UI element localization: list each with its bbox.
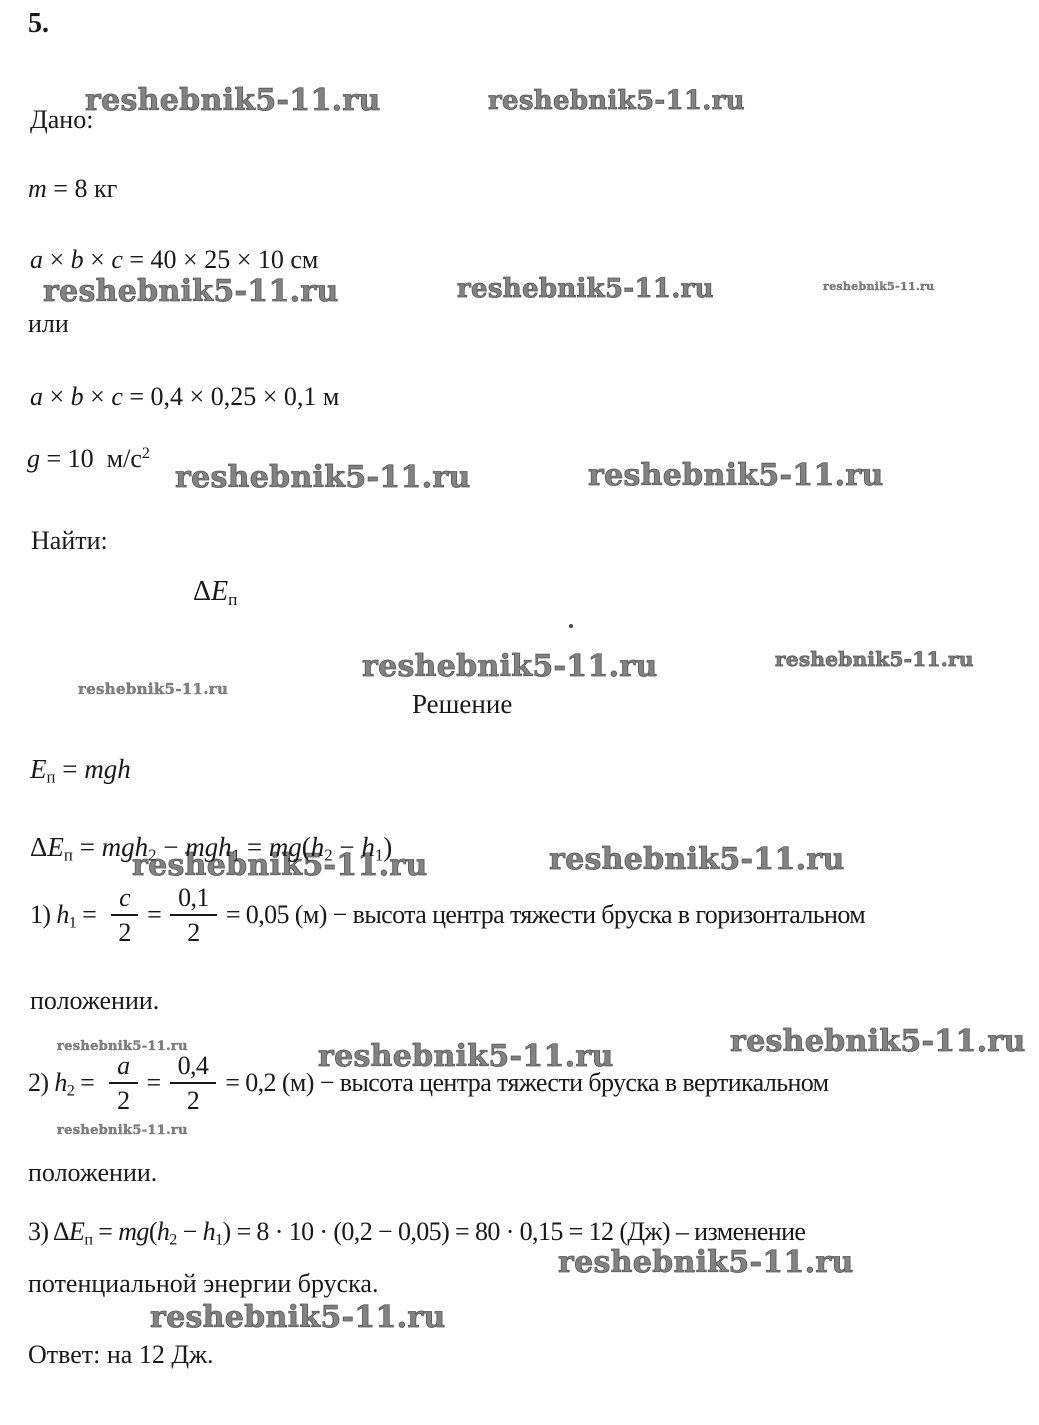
given-dimensions-cm-line: a × b × c = 40 × 25 × 10 см [30, 244, 318, 275]
step2-lhs: 2) h2 = [28, 1068, 100, 1098]
given-dimensions-m-line: a × b × c = 0,4 × 0,25 × 0,1 м [30, 381, 339, 412]
problem-number: 5. [28, 8, 49, 40]
find-label: Найти: [31, 525, 108, 556]
watermark: reshebnik5-11.ru [549, 845, 845, 875]
artifact-dot [569, 624, 573, 628]
watermark: reshebnik5-11.ru [43, 277, 339, 307]
step3-line: 3) ΔEп = mg(h2 − h1) = 8 · 10 · (0,2 − 0… [28, 1216, 805, 1247]
watermark-layer: reshebnik5-11.rureshebnik5-11.rureshebni… [0, 0, 1039, 1425]
watermark: reshebnik5-11.ru [175, 463, 471, 493]
fraction-denominator: 2 [118, 916, 130, 946]
watermark: reshebnik5-11.ru [488, 88, 745, 114]
watermark: reshebnik5-11.ru [85, 86, 381, 116]
watermark: reshebnik5-11.ru [823, 281, 934, 292]
watermark: reshebnik5-11.ru [558, 1248, 854, 1278]
step1-result-text: = 0,05 (м) − высота центра тяжести бруск… [226, 900, 865, 930]
given-gravity-line: g = 10 м/с2 [27, 443, 150, 474]
watermark: reshebnik5-11.ru [362, 652, 658, 682]
fraction-numerator: a [109, 1052, 137, 1084]
step3-continued: потенциальной энергии бруска. [28, 1268, 378, 1299]
answer-line: Ответ: на 12 Дж. [28, 1339, 214, 1370]
step2-equals: = [147, 1068, 161, 1098]
formula-delta-ep: ΔEп = mgh2 − mgh1 = mg(h2 − h1) [30, 831, 392, 863]
fraction-denominator: 2 [117, 1084, 129, 1114]
step1-continued: положении. [30, 985, 159, 1016]
step2-continued: положении. [28, 1157, 157, 1188]
find-expression: ΔEп [193, 575, 237, 609]
fraction-c-over-2: c 2 [111, 884, 138, 947]
solution-page: reshebnik5-11.rureshebnik5-11.rureshebni… [0, 0, 1039, 1425]
step2-result-text: = 0,2 (м) − высота центра тяжести бруска… [225, 1068, 828, 1098]
step1-equals: = [147, 900, 161, 930]
watermark: reshebnik5-11.ru [457, 276, 714, 302]
watermark: reshebnik5-11.ru [775, 649, 974, 669]
step2-line: 2) h2 = a 2 = 0,4 2 = 0,2 (м) − высота ц… [28, 1052, 829, 1115]
fraction-denominator: 2 [187, 1084, 199, 1114]
watermark: reshebnik5-11.ru [78, 682, 228, 697]
fraction-denominator: 2 [187, 916, 199, 946]
solution-heading: Решение [412, 688, 512, 720]
step1-lhs: 1) h1 = [30, 900, 102, 930]
watermark: reshebnik5-11.ru [150, 1303, 446, 1333]
given-or-line: или [28, 308, 69, 339]
fraction-numerator: c [111, 884, 138, 916]
formula-ep: Eп = mgh [30, 753, 131, 785]
fraction-a-over-2: a 2 [109, 1052, 137, 1115]
fraction-0_1-over-2: 0,1 2 [170, 884, 217, 947]
fraction-0_4-over-2: 0,4 2 [170, 1052, 217, 1115]
given-mass-line: m = 8 кг [28, 173, 117, 204]
watermark: reshebnik5-11.ru [57, 1124, 188, 1137]
given-label: Дано: [30, 104, 93, 135]
watermark: reshebnik5-11.ru [588, 461, 884, 491]
fraction-numerator: 0,4 [170, 1052, 217, 1084]
fraction-numerator: 0,1 [170, 884, 217, 916]
step1-line: 1) h1 = c 2 = 0,1 2 = 0,05 (м) − высота … [30, 884, 865, 947]
